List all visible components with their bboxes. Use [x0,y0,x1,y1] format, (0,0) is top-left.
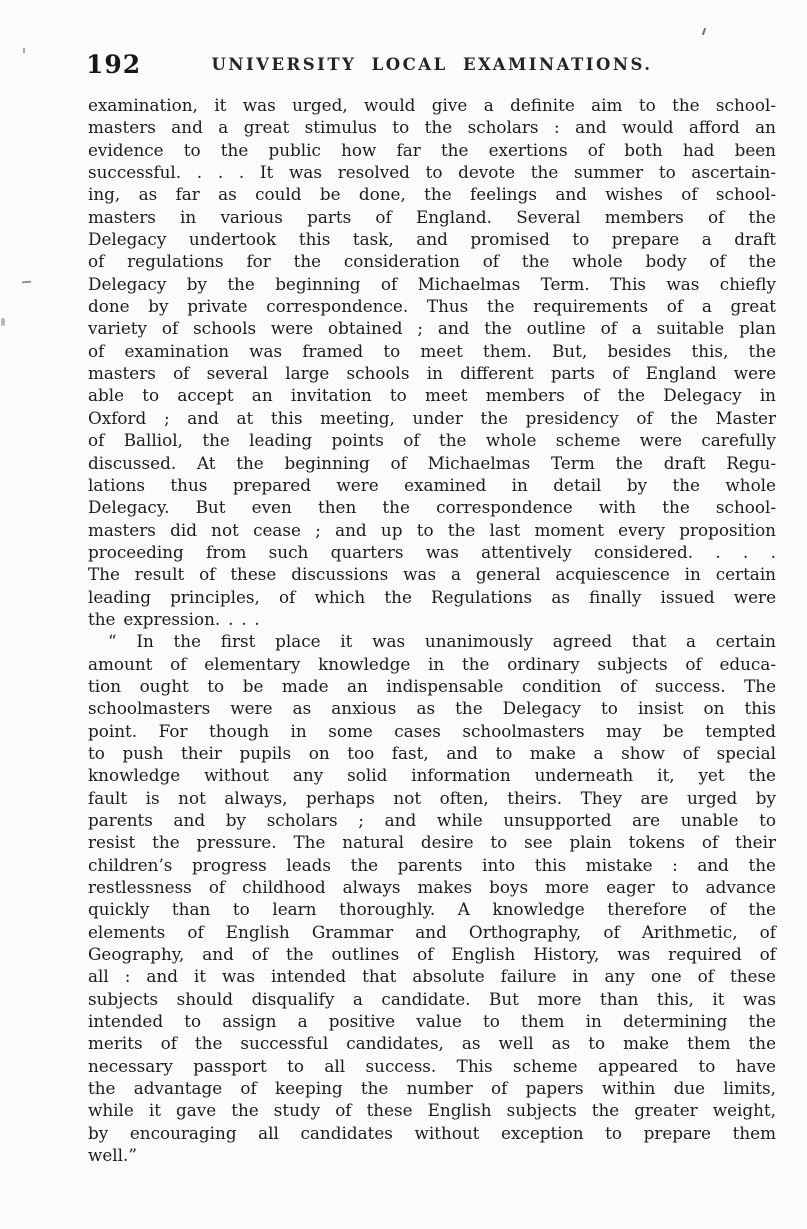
running-head: 192 UNIVERSITY LOCAL EXAMINATIONS. [88,50,776,78]
text-line: lations thus prepared were examined in d… [88,474,776,496]
text-line: tion ought to be made an indispensable c… [88,675,776,697]
text-line: knowledge without any solid information … [88,764,776,786]
text-line: all : and it was intended that absolute … [88,965,776,987]
scanned-book-page: 192 UNIVERSITY LOCAL EXAMINATIONS. exami… [0,0,807,1229]
scan-artifact [702,28,706,35]
text-line: done by private correspondence. Thus the… [88,295,776,317]
text-line: discussed. At the beginning of Michaelma… [88,452,776,474]
text-line: evidence to the public how far the exert… [88,139,776,161]
text-line: by encouraging all candidates without ex… [88,1122,776,1144]
text-line: restlessness of childhood always makes b… [88,876,776,898]
text-line: parents and by scholars ; and while unsu… [88,809,776,831]
text-line: Delegacy. But even then the corresponden… [88,496,776,518]
text-line: merits of the successful candidates, as … [88,1032,776,1054]
text-line: Oxford ; and at this meeting, under the … [88,407,776,429]
text-line: successful. . . . It was resolved to dev… [88,161,776,183]
text-line: well.” [88,1144,776,1166]
text-line: Geography, and of the outlines of Englis… [88,943,776,965]
text-line: intended to assign a positive value to t… [88,1010,776,1032]
text-line: leading principles, of which the Regulat… [88,586,776,608]
text-line: of regulations for the consideration of … [88,250,776,272]
text-line: quickly than to learn thoroughly. A know… [88,898,776,920]
text-line: necessary passport to all success. This … [88,1055,776,1077]
text-line: masters in various parts of England. Sev… [88,206,776,228]
text-line: amount of elementary knowledge in the or… [88,653,776,675]
text-line: Delegacy by the beginning of Michaelmas … [88,273,776,295]
text-line: to push their pupils on too fast, and to… [88,742,776,764]
text-line: “ In the first place it was unanimously … [88,630,776,652]
text-line: examination, it was urged, would give a … [88,94,776,116]
scan-artifact [23,48,25,53]
text-line: The result of these discussions was a ge… [88,563,776,585]
text-line: of Balliol, the leading points of the wh… [88,429,776,451]
text-line: variety of schools were obtained ; and t… [88,317,776,339]
text-line: elements of English Grammar and Orthogra… [88,921,776,943]
text-line: resist the pressure. The natural desire … [88,831,776,853]
text-line: the expression. . . . [88,608,776,630]
text-line: masters did not cease ; and up to the la… [88,519,776,541]
body-text: examination, it was urged, would give a … [88,94,776,1167]
text-line: ing, as far as could be done, the feelin… [88,183,776,205]
text-line: subjects should disqualify a candidate. … [88,988,776,1010]
text-line: of examination was framed to meet them. … [88,340,776,362]
text-line: the advantage of keeping the number of p… [88,1077,776,1099]
text-line: schoolmasters were as anxious as the Del… [88,697,776,719]
text-line: fault is not always, perhaps not often, … [88,787,776,809]
running-title: UNIVERSITY LOCAL EXAMINATIONS. [88,55,776,74]
text-line: masters of several large schools in diff… [88,362,776,384]
text-line: able to accept an invitation to meet mem… [88,384,776,406]
scan-artifact [22,281,31,284]
text-line: point. For though in some cases schoolma… [88,720,776,742]
text-line: while it gave the study of these English… [88,1099,776,1121]
scan-artifact [1,318,5,326]
text-line: children’s progress leads the parents in… [88,854,776,876]
text-line: proceeding from such quarters was attent… [88,541,776,563]
text-line: masters and a great stimulus to the scho… [88,116,776,138]
text-line: Delegacy undertook this task, and promis… [88,228,776,250]
